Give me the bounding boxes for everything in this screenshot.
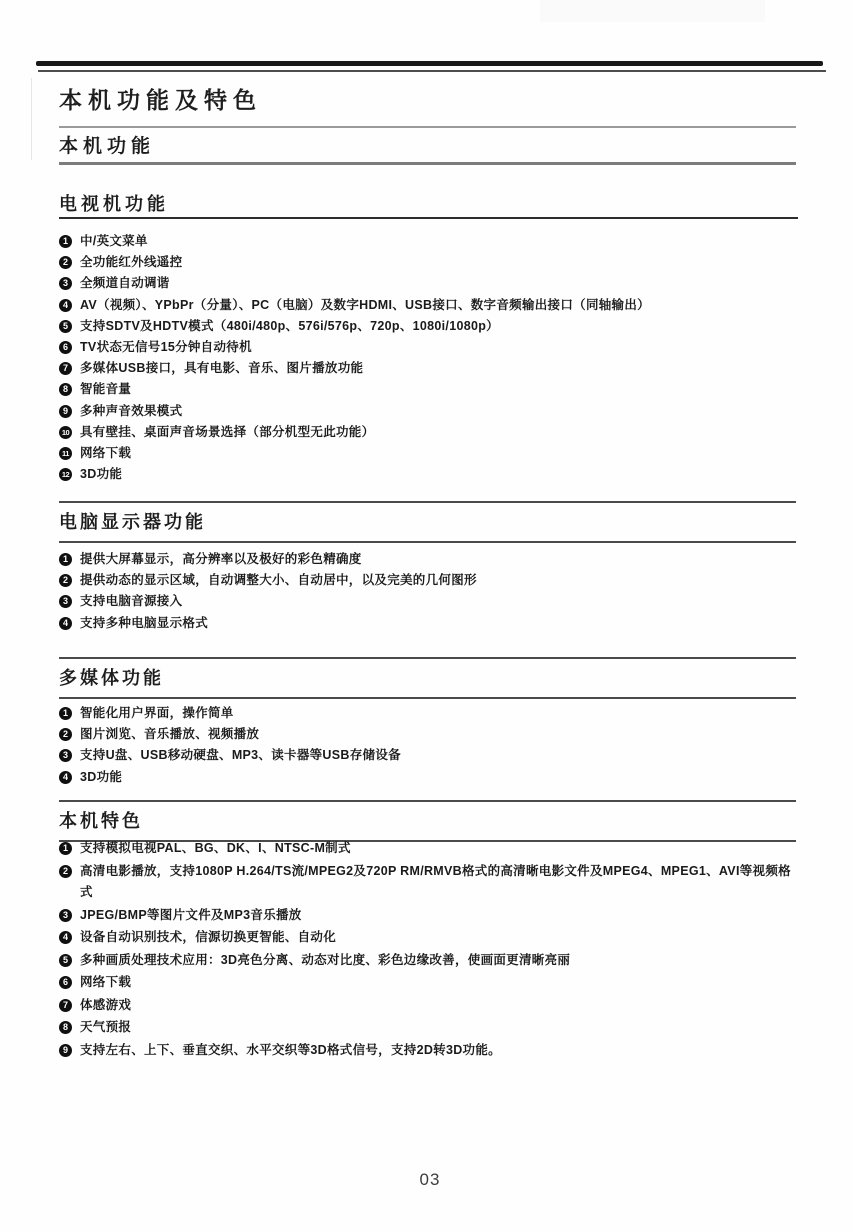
list-item: 7体感游戏 bbox=[59, 995, 791, 1017]
list-item-text: 多种声音效果模式 bbox=[80, 401, 182, 422]
list-item: 4支持多种电脑显示格式 bbox=[59, 613, 804, 634]
numbered-bullet-icon: 3 bbox=[59, 749, 72, 762]
list-item-text: 支持电脑音源接入 bbox=[80, 591, 182, 612]
top-rule-thick bbox=[36, 61, 823, 66]
list-item-text: 具有壁挂、桌面声音场景选择（部分机型无此功能） bbox=[80, 422, 374, 443]
list-item-text: 支持U盘、USB移动硬盘、MP3、读卡器等USB存储设备 bbox=[80, 745, 401, 766]
list-item: 8天气预报 bbox=[59, 1017, 791, 1039]
tv-heading-underline bbox=[59, 217, 798, 219]
list-item: 43D功能 bbox=[59, 767, 804, 788]
list-item: 123D功能 bbox=[59, 464, 804, 485]
list-item-text: 3D功能 bbox=[80, 464, 122, 485]
list-item-text: 提供大屏幕显示，高分辨率以及极好的彩色精确度 bbox=[80, 549, 362, 570]
list-item: 5支持SDTV及HDTV模式（480i/480p、576i/576p、720p、… bbox=[59, 316, 804, 337]
list-item: 3全频道自动调谐 bbox=[59, 273, 804, 294]
list-item: 5多种画质处理技术应用：3D亮色分离、动态对比度、彩色边缘改善，使画面更清晰亮丽 bbox=[59, 950, 791, 972]
list-item-text: 多媒体USB接口，具有电影、音乐、图片播放功能 bbox=[80, 358, 363, 379]
list-item: 3JPEG/BMP等图片文件及MP3音乐播放 bbox=[59, 905, 791, 927]
page-title: 本机功能及特色 bbox=[59, 82, 262, 115]
list-item-text: 图片浏览、音乐播放、视频播放 bbox=[80, 724, 259, 745]
list-item: 9支持左右、上下、垂直交织、水平交织等3D格式信号，支持2D转3D功能。 bbox=[59, 1040, 791, 1062]
manual-page: 本机功能及特色 本机功能 电视机功能 1中/英文菜单 2全功能红外线遥控 3全频… bbox=[0, 0, 852, 1231]
list-item-text: JPEG/BMP等图片文件及MP3音乐播放 bbox=[80, 905, 302, 927]
list-item-text: 智能音量 bbox=[80, 379, 131, 400]
list-item: 2提供动态的显示区域，自动调整大小、自动居中，以及完美的几何图形 bbox=[59, 570, 804, 591]
numbered-bullet-icon: 4 bbox=[59, 771, 72, 784]
numbered-bullet-icon: 6 bbox=[59, 341, 72, 354]
numbered-bullet-icon: 9 bbox=[59, 405, 72, 418]
list-item-text: 支持模拟电视PAL、BG、DK、I、NTSC-M制式 bbox=[80, 838, 351, 860]
list-item: 1智能化用户界面，操作简单 bbox=[59, 703, 804, 724]
multimedia-feature-list: 1智能化用户界面，操作简单 2图片浏览、音乐播放、视频播放 3支持U盘、USB移… bbox=[59, 703, 804, 788]
numbered-bullet-icon: 1 bbox=[59, 842, 72, 855]
numbered-bullet-icon: 4 bbox=[59, 617, 72, 630]
numbered-bullet-icon: 7 bbox=[59, 999, 72, 1012]
list-item: 2图片浏览、音乐播放、视频播放 bbox=[59, 724, 804, 745]
list-item: 1支持模拟电视PAL、BG、DK、I、NTSC-M制式 bbox=[59, 838, 791, 860]
numbered-bullet-icon: 3 bbox=[59, 595, 72, 608]
numbered-bullet-icon: 4 bbox=[59, 299, 72, 312]
list-item-text: 中/英文菜单 bbox=[80, 231, 148, 252]
list-item-text: AV（视频）、YPbPr（分量）、PC（电脑）及数字HDMI、USB接口、数字音… bbox=[80, 295, 650, 316]
numbered-bullet-icon: 4 bbox=[59, 931, 72, 944]
list-item: 9多种声音效果模式 bbox=[59, 401, 804, 422]
page-number: 03 bbox=[0, 1170, 852, 1190]
numbered-bullet-icon: 5 bbox=[59, 954, 72, 967]
list-item-text: 提供动态的显示区域，自动调整大小、自动居中，以及完美的几何图形 bbox=[80, 570, 477, 591]
list-item: 7多媒体USB接口，具有电影、音乐、图片播放功能 bbox=[59, 358, 804, 379]
numbered-bullet-icon: 2 bbox=[59, 728, 72, 741]
list-item-text: TV状态无信号15分钟自动待机 bbox=[80, 337, 252, 358]
tv-feature-list: 1中/英文菜单 2全功能红外线遥控 3全频道自动调谐 4AV（视频）、YPbPr… bbox=[59, 231, 804, 485]
numbered-bullet-icon: 8 bbox=[59, 1021, 72, 1034]
list-item: 6TV状态无信号15分钟自动待机 bbox=[59, 337, 804, 358]
list-item-text: 设备自动识别技术，信源切换更智能、自动化 bbox=[80, 927, 336, 949]
device-features-list: 1支持模拟电视PAL、BG、DK、I、NTSC-M制式 2高清电影播放，支持10… bbox=[59, 838, 791, 1062]
numbered-bullet-icon: 2 bbox=[59, 574, 72, 587]
numbered-bullet-icon: 10 bbox=[59, 426, 72, 439]
list-item-text: 网络下载 bbox=[80, 972, 131, 994]
list-item: 8智能音量 bbox=[59, 379, 804, 400]
section-heading-functions: 本机功能 bbox=[59, 126, 796, 165]
numbered-bullet-icon: 9 bbox=[59, 1044, 72, 1057]
scan-artifact bbox=[31, 78, 32, 160]
list-item-text: 智能化用户界面，操作简单 bbox=[80, 703, 234, 724]
list-item: 3支持U盘、USB移动硬盘、MP3、读卡器等USB存储设备 bbox=[59, 745, 804, 766]
list-item: 6网络下载 bbox=[59, 972, 791, 994]
list-item-text: 支持左右、上下、垂直交织、水平交织等3D格式信号，支持2D转3D功能。 bbox=[80, 1040, 501, 1062]
list-item-text: 多种画质处理技术应用：3D亮色分离、动态对比度、彩色边缘改善，使画面更清晰亮丽 bbox=[80, 950, 570, 972]
numbered-bullet-icon: 3 bbox=[59, 909, 72, 922]
list-item-text: 支持多种电脑显示格式 bbox=[80, 613, 208, 634]
section-heading-multimedia: 多媒体功能 bbox=[59, 657, 796, 699]
list-item: 4设备自动识别技术，信源切换更智能、自动化 bbox=[59, 927, 791, 949]
numbered-bullet-icon: 5 bbox=[59, 320, 72, 333]
section-heading-tv: 电视机功能 bbox=[59, 190, 169, 216]
section-heading-features: 本机特色 bbox=[59, 800, 796, 842]
list-item: 2全功能红外线遥控 bbox=[59, 252, 804, 273]
list-item-text: 天气预报 bbox=[80, 1017, 131, 1039]
numbered-bullet-icon: 2 bbox=[59, 256, 72, 269]
list-item-text: 全频道自动调谐 bbox=[80, 273, 170, 294]
numbered-bullet-icon: 7 bbox=[59, 362, 72, 375]
list-item: 3支持电脑音源接入 bbox=[59, 591, 804, 612]
list-item-text: 高清电影播放，支持1080P H.264/TS流/MPEG2及720P RM/R… bbox=[80, 861, 791, 904]
list-item: 1中/英文菜单 bbox=[59, 231, 804, 252]
list-item-text: 3D功能 bbox=[80, 767, 122, 788]
list-item: 2高清电影播放，支持1080P H.264/TS流/MPEG2及720P RM/… bbox=[59, 861, 791, 904]
numbered-bullet-icon: 3 bbox=[59, 277, 72, 290]
numbered-bullet-icon: 1 bbox=[59, 235, 72, 248]
numbered-bullet-icon: 2 bbox=[59, 865, 72, 878]
scan-artifact bbox=[540, 0, 765, 22]
numbered-bullet-icon: 12 bbox=[59, 468, 72, 481]
pc-feature-list: 1提供大屏幕显示，高分辨率以及极好的彩色精确度 2提供动态的显示区域，自动调整大… bbox=[59, 549, 804, 634]
list-item: 1提供大屏幕显示，高分辨率以及极好的彩色精确度 bbox=[59, 549, 804, 570]
numbered-bullet-icon: 8 bbox=[59, 383, 72, 396]
list-item-text: 全功能红外线遥控 bbox=[80, 252, 182, 273]
list-item: 4AV（视频）、YPbPr（分量）、PC（电脑）及数字HDMI、USB接口、数字… bbox=[59, 295, 804, 316]
numbered-bullet-icon: 1 bbox=[59, 707, 72, 720]
list-item-text: 支持SDTV及HDTV模式（480i/480p、576i/576p、720p、1… bbox=[80, 316, 499, 337]
list-item: 11网络下载 bbox=[59, 443, 804, 464]
list-item: 10具有壁挂、桌面声音场景选择（部分机型无此功能） bbox=[59, 422, 804, 443]
numbered-bullet-icon: 6 bbox=[59, 976, 72, 989]
list-item-text: 体感游戏 bbox=[80, 995, 131, 1017]
list-item-text: 网络下载 bbox=[80, 443, 131, 464]
section-heading-pc-monitor: 电脑显示器功能 bbox=[59, 501, 796, 543]
numbered-bullet-icon: 1 bbox=[59, 553, 72, 566]
top-rule-thin bbox=[38, 70, 826, 72]
numbered-bullet-icon: 11 bbox=[59, 447, 72, 460]
